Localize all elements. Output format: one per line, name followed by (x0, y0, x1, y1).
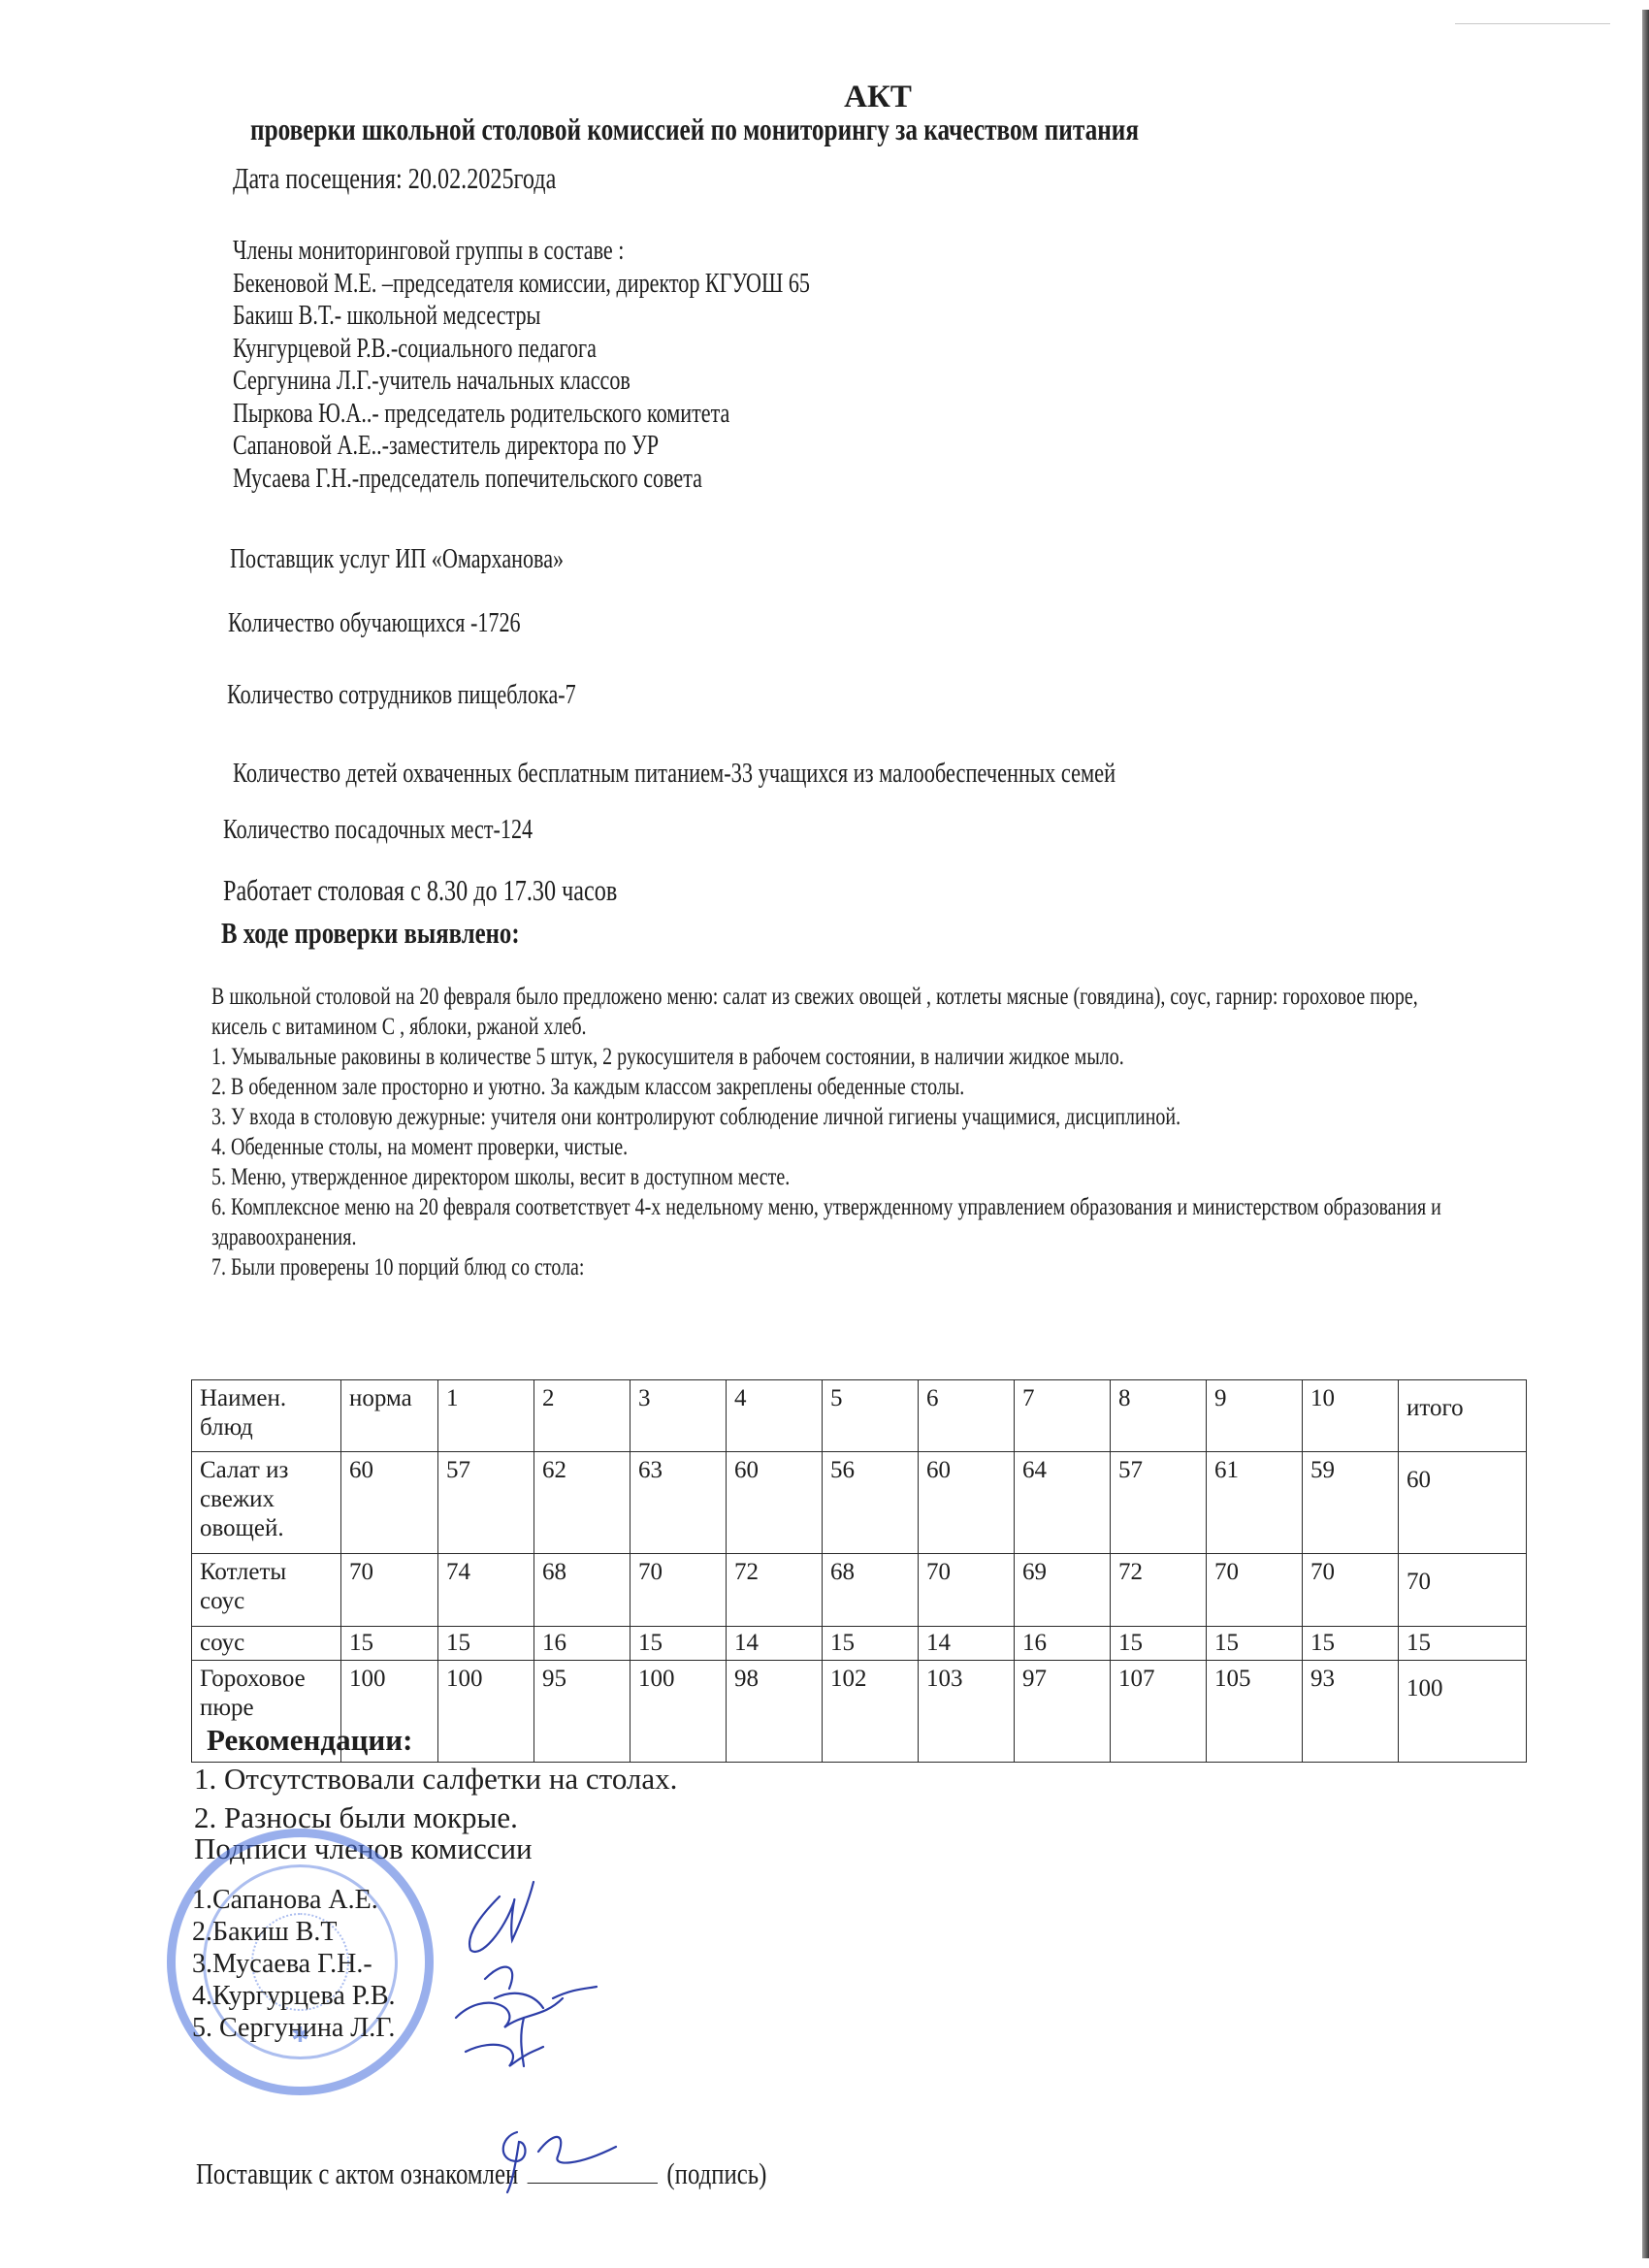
portion-weight-cell: 16 (534, 1627, 630, 1661)
portion-weight-cell: 70 (1303, 1554, 1399, 1627)
member-name: Пыркова Ю.А..- председатель родительског… (233, 398, 729, 431)
members-heading: Члены мониторинговой группы в составе : (233, 235, 963, 268)
member-item: Мусаева Г.Н.-председатель попечительског… (233, 463, 963, 496)
students-count-text: Количество обучающихся -1726 (228, 608, 521, 639)
portion-weight-cell: 60 (727, 1452, 823, 1554)
member-item: Кунгурцевой Р.В.-социального педагога (233, 333, 963, 366)
finding-item: 7. Были проверены 10 порций блюд со стол… (211, 1252, 1472, 1282)
column-header-portion: 6 (919, 1380, 1015, 1452)
norm-cell: 60 (341, 1452, 438, 1554)
visit-date: Дата посещения: 20.02.2025года (233, 161, 647, 196)
portion-weight-cell: 103 (919, 1661, 1015, 1763)
finding-item: 5. Меню, утвержденное директором школы, … (211, 1162, 1472, 1192)
recommendation-item: 1. Отсутствовали салфетки на столах. (194, 1760, 677, 1798)
portion-weight-cell: 69 (1015, 1554, 1111, 1627)
document-subtitle-text: проверки школьной столовой комиссией по … (250, 112, 1139, 147)
portion-weight-cell: 56 (823, 1452, 919, 1554)
finding-item: 3. У входа в столовую дежурные: учителя … (211, 1102, 1472, 1132)
portion-weight-cell: 68 (534, 1554, 630, 1627)
portion-weight-cell: 62 (534, 1452, 630, 1554)
portion-weight-cell: 61 (1207, 1452, 1303, 1554)
total-cell: 60 (1399, 1452, 1527, 1554)
document-subtitle: проверки школьной столовой комиссией по … (250, 112, 1375, 147)
member-name: Кунгурцевой Р.В.-социального педагога (233, 333, 597, 366)
scan-artifact-line (1455, 23, 1610, 24)
column-header-portion: 10 (1303, 1380, 1399, 1452)
students-count: Количество обучающихся -1726 (228, 608, 598, 639)
norm-cell: 15 (341, 1627, 438, 1661)
portion-weight-cell: 64 (1015, 1452, 1111, 1554)
ack-text-wrap: Поставщик с актом ознакомлен (подпись) (196, 2155, 766, 2191)
findings-heading-text: В ходе проверки выявлено: (221, 916, 520, 951)
finding-item: 2. В обеденном зале просторно и уютно. З… (211, 1072, 1472, 1102)
recommendations-list: 1. Отсутствовали салфетки на столах. 2. … (194, 1760, 677, 1837)
portion-weight-cell: 15 (823, 1627, 919, 1661)
staff-count-text: Количество сотрудников пищеблока-7 (227, 680, 576, 711)
column-header-portion: 2 (534, 1380, 630, 1452)
portion-weight-cell: 63 (630, 1452, 727, 1554)
member-item: Бакиш В.Т.- школьной медсестры (233, 300, 963, 333)
free-meals-count: Количество детей охваченных бесплатным п… (233, 759, 1337, 790)
column-header-norm: норма (341, 1380, 438, 1452)
table-header-row: Наимен. блюднорма12345678910итого (192, 1380, 1527, 1452)
portion-weight-cell: 107 (1111, 1661, 1207, 1763)
portion-weight-cell: 72 (727, 1554, 823, 1627)
portion-weight-cell: 60 (919, 1452, 1015, 1554)
column-header-portion: 5 (823, 1380, 919, 1452)
member-name: Сергунина Л.Г.-учитель начальных классов (233, 365, 630, 398)
portion-weight-cell: 14 (919, 1627, 1015, 1661)
portion-weight-cell: 16 (1015, 1627, 1111, 1661)
total-cell: 70 (1399, 1554, 1527, 1627)
column-header-portion: 8 (1111, 1380, 1207, 1452)
column-header-portion: 3 (630, 1380, 727, 1452)
supplier-text: Поставщик услуг ИП «Омарханова» (230, 544, 564, 575)
members-heading-text: Члены мониторинговой группы в составе : (233, 235, 624, 268)
findings-list: В школьной столовой на 20 февраля было п… (211, 982, 1472, 1282)
member-name: Мусаева Г.Н.-председатель попечительског… (233, 463, 702, 496)
total-cell: 15 (1399, 1627, 1527, 1661)
portion-weight-cell: 72 (1111, 1554, 1207, 1627)
member-item: Сапановой А.Е..-заместитель директора по… (233, 430, 963, 463)
portion-weight-cell: 15 (1207, 1627, 1303, 1661)
signer-item: 3.Мусаева Г.Н.- (192, 1948, 396, 1980)
portion-weight-cell: 15 (630, 1627, 727, 1661)
column-header-dish: Наимен. блюд (192, 1380, 341, 1452)
seats-count-text: Количество посадочных мест-124 (223, 815, 533, 846)
visit-date-text: Дата посещения: 20.02.2025года (233, 161, 556, 196)
supplier-info: Поставщик услуг ИП «Омарханова» (230, 544, 653, 575)
seats-count: Количество посадочных мест-124 (223, 815, 615, 846)
menu-description: В школьной столовой на 20 февраля было п… (211, 982, 1472, 1042)
table-row: соус151516151415141615151515 (192, 1627, 1527, 1661)
findings-heading: В ходе проверки выявлено: (221, 916, 594, 951)
portion-weight-cell: 100 (630, 1661, 727, 1763)
scan-edge (1642, 10, 1649, 2258)
recommendations-heading: Рекомендации: (207, 1723, 412, 1758)
signer-item: 4.Кургурцева Р.В. (192, 1980, 396, 2012)
signers-list: 1.Сапанова А.Е. 2.Бакиш В.Т 3.Мусаева Г.… (192, 1884, 396, 2044)
finding-item: 4. Обеденные столы, на момент проверки, … (211, 1132, 1472, 1162)
portion-weight-cell: 100 (438, 1661, 534, 1763)
portion-weight-cell: 70 (1207, 1554, 1303, 1627)
column-header-portion: 4 (727, 1380, 823, 1452)
portion-weight-cell: 102 (823, 1661, 919, 1763)
table-row: Салат из свежих овощей.60576263605660645… (192, 1452, 1527, 1554)
portion-weights-table: Наимен. блюднорма12345678910итого Салат … (191, 1379, 1527, 1763)
column-header-total: итого (1399, 1380, 1527, 1452)
portion-weight-cell: 57 (1111, 1452, 1207, 1554)
member-name: Бекеновой М.Е. –председателя комиссии, д… (233, 268, 810, 301)
acknowledgement-text: Поставщик с актом ознакомлен (196, 2156, 518, 2190)
portion-weight-cell: 74 (438, 1554, 534, 1627)
signer-item: 2.Бакиш В.Т (192, 1916, 396, 1948)
free-meals-text: Количество детей охваченных бесплатным п… (233, 759, 1115, 790)
portion-weight-cell: 97 (1015, 1661, 1111, 1763)
portion-weight-cell: 15 (438, 1627, 534, 1661)
dish-name-cell: Салат из свежих овощей. (192, 1452, 341, 1554)
portion-weight-cell: 15 (1303, 1627, 1399, 1661)
total-cell: 100 (1399, 1661, 1527, 1763)
column-header-portion: 1 (438, 1380, 534, 1452)
portion-weight-cell: 15 (1111, 1627, 1207, 1661)
member-item: Бекеновой М.Е. –председателя комиссии, д… (233, 268, 963, 301)
supplier-acknowledgement: Поставщик с актом ознакомлен (подпись) (196, 2155, 909, 2191)
portion-weight-cell: 59 (1303, 1452, 1399, 1554)
portion-weight-cell: 105 (1207, 1661, 1303, 1763)
finding-item: 6. Комплексное меню на 20 февраля соотве… (211, 1192, 1472, 1252)
supplier-signature-field (528, 2155, 658, 2184)
findings-body: В школьной столовой на 20 февраля было п… (211, 982, 1472, 1282)
portion-weight-cell: 68 (823, 1554, 919, 1627)
portion-weight-cell: 70 (919, 1554, 1015, 1627)
table-body: Наимен. блюднорма12345678910итого Салат … (192, 1380, 1527, 1763)
portion-weight-cell: 70 (630, 1554, 727, 1627)
signer-item: 5. Сергунина Л.Г. (192, 2012, 396, 2044)
document-title: АКТ (0, 80, 1649, 115)
portion-weight-cell: 14 (727, 1627, 823, 1661)
member-name: Сапановой А.Е..-заместитель директора по… (233, 430, 659, 463)
portion-weight-cell: 95 (534, 1661, 630, 1763)
portion-weight-cell: 93 (1303, 1661, 1399, 1763)
signer-item: 1.Сапанова А.Е. (192, 1884, 396, 1916)
table-row: Котлеты соус707468707268706972707070 (192, 1554, 1527, 1627)
norm-cell: 70 (341, 1554, 438, 1627)
commission-members: Члены мониторинговой группы в составе : … (233, 235, 963, 495)
working-hours: Работает столовая с 8.30 до 17.30 часов (223, 873, 728, 908)
staff-count: Количество сотрудников пищеблока-7 (227, 680, 668, 711)
member-name: Бакиш В.Т.- школьной медсестры (233, 300, 540, 333)
working-hours-text: Работает столовая с 8.30 до 17.30 часов (223, 873, 617, 908)
handwritten-signatures-icon (427, 1843, 611, 2076)
signature-caption: (подпись) (666, 2156, 766, 2190)
dish-name-cell: Котлеты соус (192, 1554, 341, 1627)
column-header-portion: 9 (1207, 1380, 1303, 1452)
portion-weight-cell: 98 (727, 1661, 823, 1763)
finding-item: 1. Умывальные раковины в количестве 5 шт… (211, 1042, 1472, 1072)
column-header-portion: 7 (1015, 1380, 1111, 1452)
portion-weight-cell: 57 (438, 1452, 534, 1554)
member-item: Пыркова Ю.А..- председатель родительског… (233, 398, 963, 431)
signatures-label: Подписи членов комиссии (194, 1831, 533, 1866)
dish-name-cell: соус (192, 1627, 341, 1661)
member-item: Сергунина Л.Г.-учитель начальных классов (233, 365, 963, 398)
